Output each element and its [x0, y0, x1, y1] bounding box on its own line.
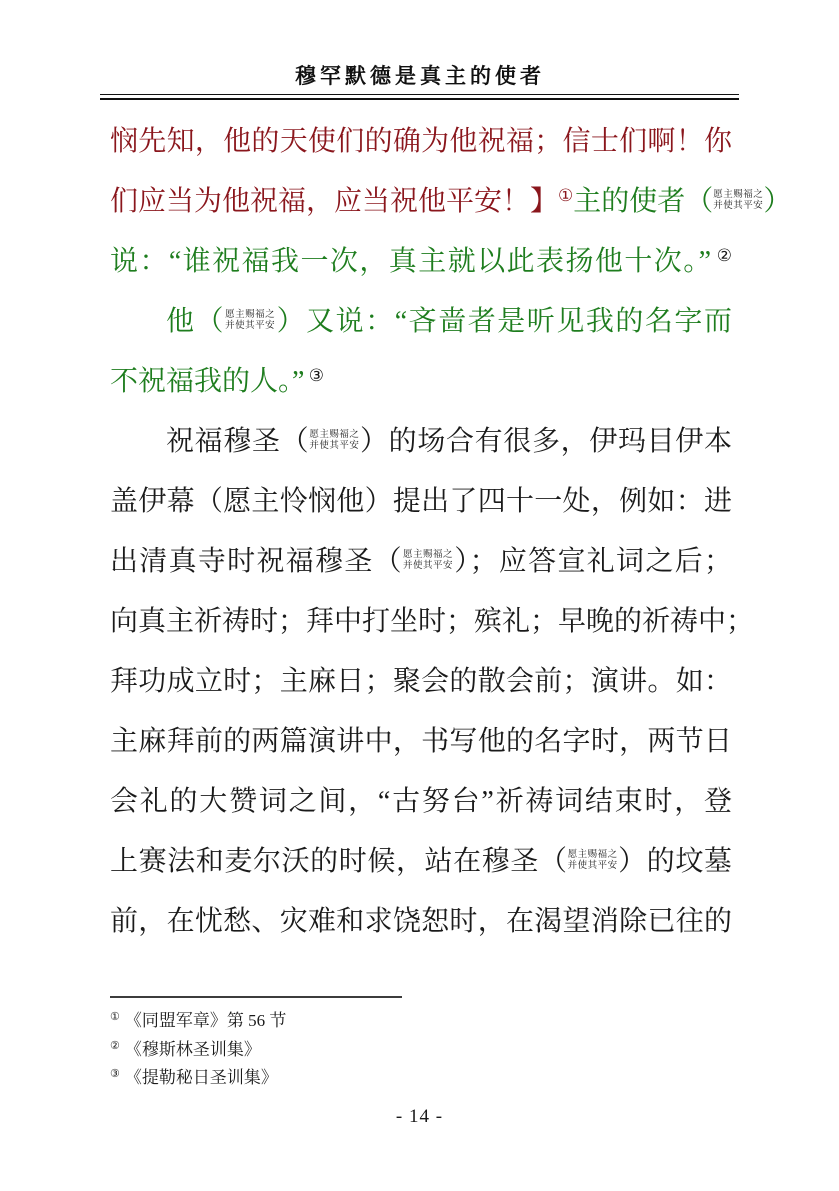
text-segment: 的坟墓 [647, 846, 732, 877]
footnote-item: ②《穆斯林圣训集》 [110, 1034, 732, 1063]
text-segment: 盖伊幕（愿主怜悯他）提出了四十一处，例如：进 [110, 486, 732, 517]
footnote-marker: ① [110, 1011, 120, 1023]
text-line: 们应当为他祝福，应当祝他平安！】①主的使者（愿主赐福之并使其平安） [110, 172, 732, 232]
annotation-paren-close: ） [275, 306, 306, 337]
footnote-item: ③《提勒秘日圣训集》 [110, 1062, 732, 1091]
blessing-annotation-line1: 愿主赐福之 [568, 850, 618, 861]
footnote-reference: ② [711, 246, 732, 265]
annotation-paren-close: ） [453, 546, 470, 577]
text-segment: 主的使者 [573, 186, 685, 217]
footnote-text: 《同盟军章》第 56 节 [125, 1011, 287, 1030]
text-segment: 的场合有很多，伊玛目伊本 [389, 426, 732, 457]
blessing-annotation-line2: 并使其平安 [309, 441, 359, 452]
text-segment: 不祝福我的人。” [110, 366, 304, 397]
text-line: 祝福穆圣（愿主赐福之并使其平安）的场合有很多，伊玛目伊本 [110, 412, 732, 472]
text-segment: 主麻拜前的两篇演讲中，书写他的名字时，两节日 [110, 726, 732, 757]
blessing-annotation-line2: 并使其平安 [568, 861, 618, 872]
body-text: 悯先知，他的天使们的确为他祝福；信士们啊！你们应当为他祝福，应当祝他平安！】①主… [110, 112, 732, 952]
footnote-block: ①《同盟军章》第 56 节 ②《穆斯林圣训集》 ③《提勒秘日圣训集》 [110, 996, 732, 1091]
text-line: 盖伊幕（愿主怜悯他）提出了四十一处，例如：进 [110, 472, 732, 532]
annotation-paren-close: ） [359, 426, 388, 457]
text-segment: ；应答宣礼词之后； [470, 546, 732, 577]
blessing-annotation: 愿主赐福之并使其平安 [568, 850, 618, 872]
text-line: 前，在忧愁、灾难和求饶恕时，在渴望消除已往的 [110, 892, 732, 952]
text-segment: 他 [166, 306, 196, 337]
footnote-text: 《提勒秘日圣训集》 [125, 1068, 278, 1087]
text-segment: 出清真寺时祝福穆圣 [110, 546, 374, 577]
blessing-annotation-line1: 愿主赐福之 [713, 190, 763, 201]
text-segment: 祝福穆圣 [166, 426, 281, 457]
footnote-reference: ① [558, 186, 573, 205]
document-page: 穆罕默德是真主的使者 悯先知，他的天使们的确为他祝福；信士们啊！你们应当为他祝福… [0, 0, 839, 1191]
blessing-annotation-line2: 并使其平安 [403, 561, 453, 572]
text-segment: 会礼的大赞词之间，“古努台”祈祷词结束时，登 [110, 786, 732, 817]
annotation-paren-open: （ [196, 306, 226, 337]
text-line: 向真主祈祷时；拜中打坐时；殡礼；早晚的祈祷中； [110, 592, 732, 652]
footnote-text: 《穆斯林圣训集》 [125, 1040, 261, 1059]
footnote-marker: ③ [110, 1068, 120, 1080]
annotation-paren-open: （ [539, 846, 568, 877]
text-line: 主麻拜前的两篇演讲中，书写他的名字时，两节日 [110, 712, 732, 772]
text-line: 说：“谁祝福我一次，真主就以此表扬他十次。” ② [110, 232, 732, 292]
blessing-annotation: 愿主赐福之并使其平安 [309, 430, 359, 452]
text-line: 出清真寺时祝福穆圣（愿主赐福之并使其平安）；应答宣礼词之后； [110, 532, 732, 592]
footnote-item: ①《同盟军章》第 56 节 [110, 1005, 732, 1034]
text-line: 会礼的大赞词之间，“古努台”祈祷词结束时，登 [110, 772, 732, 832]
blessing-annotation-line1: 愿主赐福之 [309, 430, 359, 441]
annotation-paren-close: ） [763, 186, 791, 217]
text-segment: 前，在忧愁、灾难和求饶恕时，在渴望消除已往的 [110, 906, 732, 937]
text-line: 拜功成立时；主麻日；聚会的散会前；演讲。如： [110, 652, 732, 712]
blessing-annotation-line1: 愿主赐福之 [225, 310, 275, 321]
footnote-marker: ② [110, 1040, 120, 1052]
text-segment: 说：“谁祝福我一次，真主就以此表扬他十次。” [110, 246, 711, 277]
blessing-annotation-line1: 愿主赐福之 [403, 550, 453, 561]
text-line: 上赛法和麦尔沃的时候，站在穆圣（愿主赐福之并使其平安）的坟墓 [110, 832, 732, 892]
annotation-paren-open: （ [374, 546, 403, 577]
page-number: - 14 - [0, 1106, 839, 1128]
text-segment: 又说：“吝啬者是听见我的名字而 [306, 306, 732, 337]
text-segment: 们应当为他祝福，应当祝他平安！】 [110, 186, 558, 217]
text-line: 悯先知，他的天使们的确为他祝福；信士们啊！你 [110, 112, 732, 172]
text-segment: 向真主祈祷时；拜中打坐时；殡礼；早晚的祈祷中； [110, 606, 754, 637]
footnote-reference: ③ [304, 366, 324, 385]
text-line: 不祝福我的人。” ③ [110, 352, 732, 412]
annotation-paren-open: （ [281, 426, 310, 457]
text-segment: 悯先知，他的天使们的确为他祝福；信士们啊！你 [110, 126, 732, 157]
header-divider-rule [100, 94, 739, 100]
text-line: 他（愿主赐福之并使其平安）又说：“吝啬者是听见我的名字而 [110, 292, 732, 352]
running-header-title: 穆罕默德是真主的使者 [100, 60, 740, 90]
blessing-annotation: 愿主赐福之并使其平安 [403, 550, 453, 572]
blessing-annotation-line2: 并使其平安 [713, 201, 763, 212]
annotation-paren-close: ） [618, 846, 647, 877]
footnote-separator-rule [110, 996, 402, 998]
text-segment: 拜功成立时；主麻日；聚会的散会前；演讲。如： [110, 666, 732, 697]
text-segment: 上赛法和麦尔沃的时候，站在穆圣 [110, 846, 539, 877]
blessing-annotation: 愿主赐福之并使其平安 [225, 310, 275, 332]
blessing-annotation: 愿主赐福之并使其平安 [713, 190, 763, 212]
blessing-annotation-line2: 并使其平安 [225, 321, 275, 332]
annotation-paren-open: （ [685, 186, 713, 217]
